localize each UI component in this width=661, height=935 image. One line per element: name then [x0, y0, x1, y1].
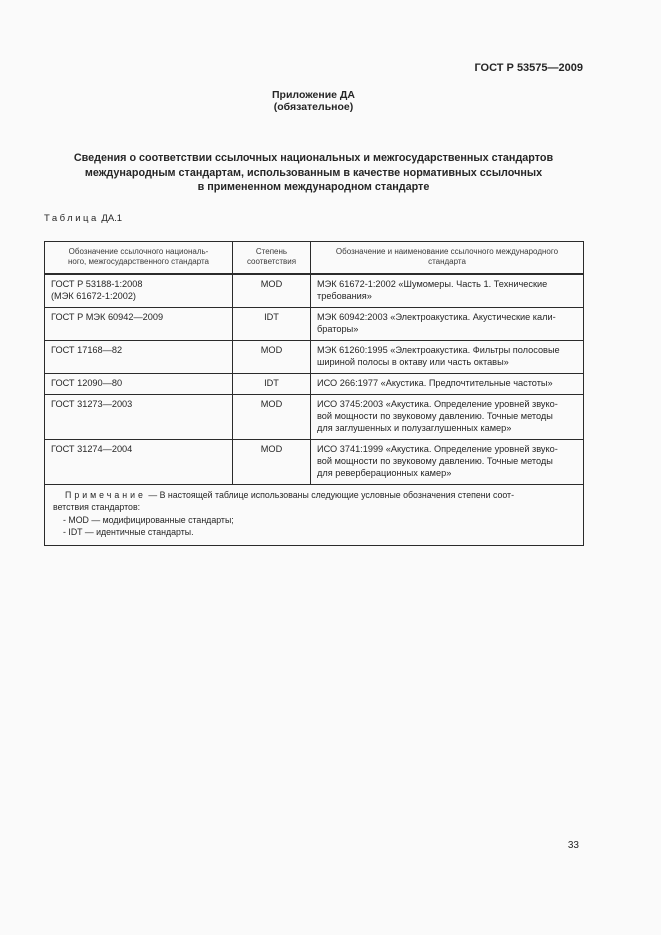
table-caption-number: ДА.1: [101, 213, 122, 224]
cell-international: ИСО 266:1977 «Акустика. Предпочтительные…: [311, 373, 584, 394]
note-line-1: Примечание — В настоящей таблице использ…: [53, 489, 575, 502]
cell-degree: MOD: [233, 439, 311, 484]
cell-national: ГОСТ 12090—80: [45, 373, 233, 394]
cell-national: ГОСТ 31273—2003: [45, 394, 233, 439]
section-heading: Сведения о соответствии ссылочных национ…: [44, 151, 583, 195]
cell-international: ИСО 3745:2003 «Акустика. Определение уро…: [311, 394, 584, 439]
cell-national: ГОСТ 31274—2004: [45, 439, 233, 484]
cell-degree: IDT: [233, 307, 311, 340]
note-item-mod: - MOD — модифицированные стандарты;: [53, 514, 575, 527]
document-page: ГОСТ Р 53575—2009 Приложение ДА (обязате…: [44, 0, 583, 935]
table-row: ГОСТ 31274—2004 MOD ИСО 3741:1999 «Акуст…: [45, 439, 584, 484]
doc-number: ГОСТ Р 53575—2009: [44, 62, 583, 74]
table-row: ГОСТ Р МЭК 60942—2009 IDT МЭК 60942:2003…: [45, 307, 584, 340]
table-header-row: Обозначение ссылочного националь- ного, …: [45, 241, 584, 274]
appendix-title: Приложение ДА: [44, 89, 583, 101]
cell-international: МЭК 60942:2003 «Электроакустика. Акустич…: [311, 307, 584, 340]
col-header-international-designation: Обозначение и наименование ссылочного ме…: [311, 241, 584, 274]
table-caption-word: Таблица: [44, 213, 99, 224]
cell-international: ИСО 3741:1999 «Акустика. Определение уро…: [311, 439, 584, 484]
col-header-national-designation: Обозначение ссылочного националь- ного, …: [45, 241, 233, 274]
cell-international: МЭК 61672-1:2002 «Шумомеры. Часть 1. Тех…: [311, 274, 584, 308]
cell-national: ГОСТ Р МЭК 60942—2009: [45, 307, 233, 340]
cell-degree: MOD: [233, 274, 311, 308]
note-label: Примечание: [65, 490, 146, 500]
col-header-degree: Степень соответствия: [233, 241, 311, 274]
table-note-row: Примечание — В настоящей таблице использ…: [45, 484, 584, 545]
cell-degree: MOD: [233, 394, 311, 439]
cell-degree: IDT: [233, 373, 311, 394]
table-note-cell: Примечание — В настоящей таблице использ…: [45, 484, 584, 545]
note-line-1-text: — В настоящей таблице использованы следу…: [146, 490, 514, 500]
note-line-2: ветствия стандартов:: [53, 501, 575, 514]
standards-correspondence-table: Обозначение ссылочного националь- ного, …: [44, 241, 584, 546]
appendix-subtitle: (обязательное): [44, 101, 583, 113]
page-number: 33: [568, 840, 579, 852]
cell-national: ГОСТ 17168—82: [45, 340, 233, 373]
note-item-idt: - IDT — идентичные стандарты.: [53, 526, 575, 539]
table-caption: Таблица ДА.1: [44, 213, 583, 225]
table-row: ГОСТ Р 53188-1:2008 (МЭК 61672-1:2002) M…: [45, 274, 584, 308]
cell-degree: MOD: [233, 340, 311, 373]
table-row: ГОСТ 17168—82 MOD МЭК 61260:1995 «Электр…: [45, 340, 584, 373]
cell-national: ГОСТ Р 53188-1:2008 (МЭК 61672-1:2002): [45, 274, 233, 308]
cell-international: МЭК 61260:1995 «Электроакустика. Фильтры…: [311, 340, 584, 373]
table-row: ГОСТ 12090—80 IDT ИСО 266:1977 «Акустика…: [45, 373, 584, 394]
table-row: ГОСТ 31273—2003 MOD ИСО 3745:2003 «Акуст…: [45, 394, 584, 439]
